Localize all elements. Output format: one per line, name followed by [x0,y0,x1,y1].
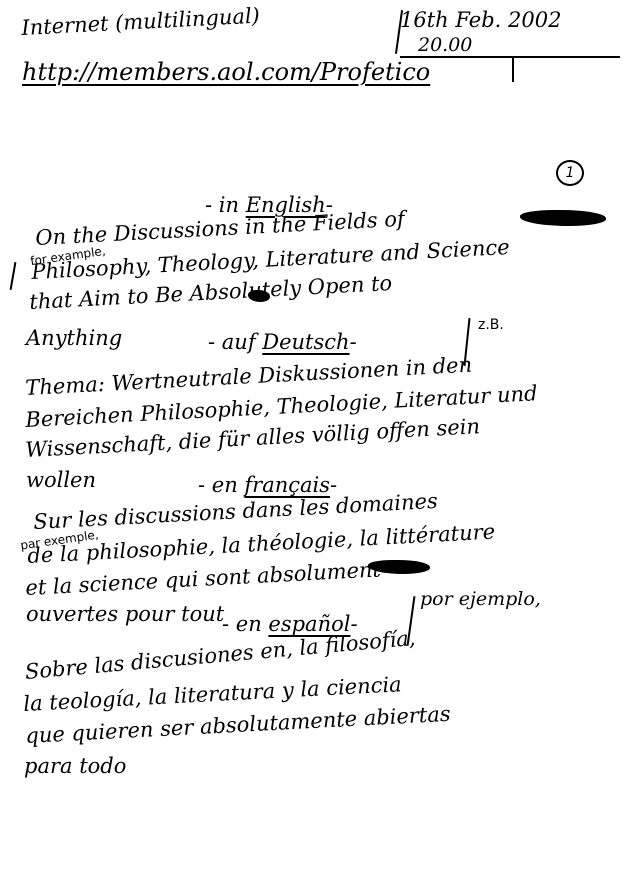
crossed-out-word [520,210,606,226]
heading-language: Deutsch [262,330,349,354]
bracket-mark [395,10,403,54]
url-bracket [512,58,514,82]
url-text[interactable]: http://members.aol.com/Profetico [22,60,430,84]
heading-prefix: - auf [208,330,262,354]
english-line-4: Anything [26,328,122,349]
french-line-4: ouvertes pour tout [26,604,224,625]
spanish-insert-note: por ejemplo, [420,590,541,609]
german-line-4: wollen [26,470,96,491]
heading-prefix: - en [222,612,268,636]
crossed-out-word [248,290,270,302]
page-number-badge: 1 [556,160,584,186]
page-number: 1 [566,165,575,181]
spanish-line-4: para todo [24,756,126,777]
section-heading-french: - en français- [198,475,337,496]
heading-language: français [244,473,330,497]
heading-suffix: - [350,330,357,354]
document-title: Internet (multilingual) [21,6,260,39]
insert-caret-mark [10,262,17,290]
section-heading-german: - auf Deutsch- [208,332,357,353]
document-time: 20.00 [418,36,472,55]
header-rule [400,56,620,58]
heading-prefix: - in [205,193,246,217]
german-insert-note: z.B. [478,318,504,332]
document-date: 16th Feb. 2002 [400,10,561,31]
heading-prefix: - en [198,473,244,497]
